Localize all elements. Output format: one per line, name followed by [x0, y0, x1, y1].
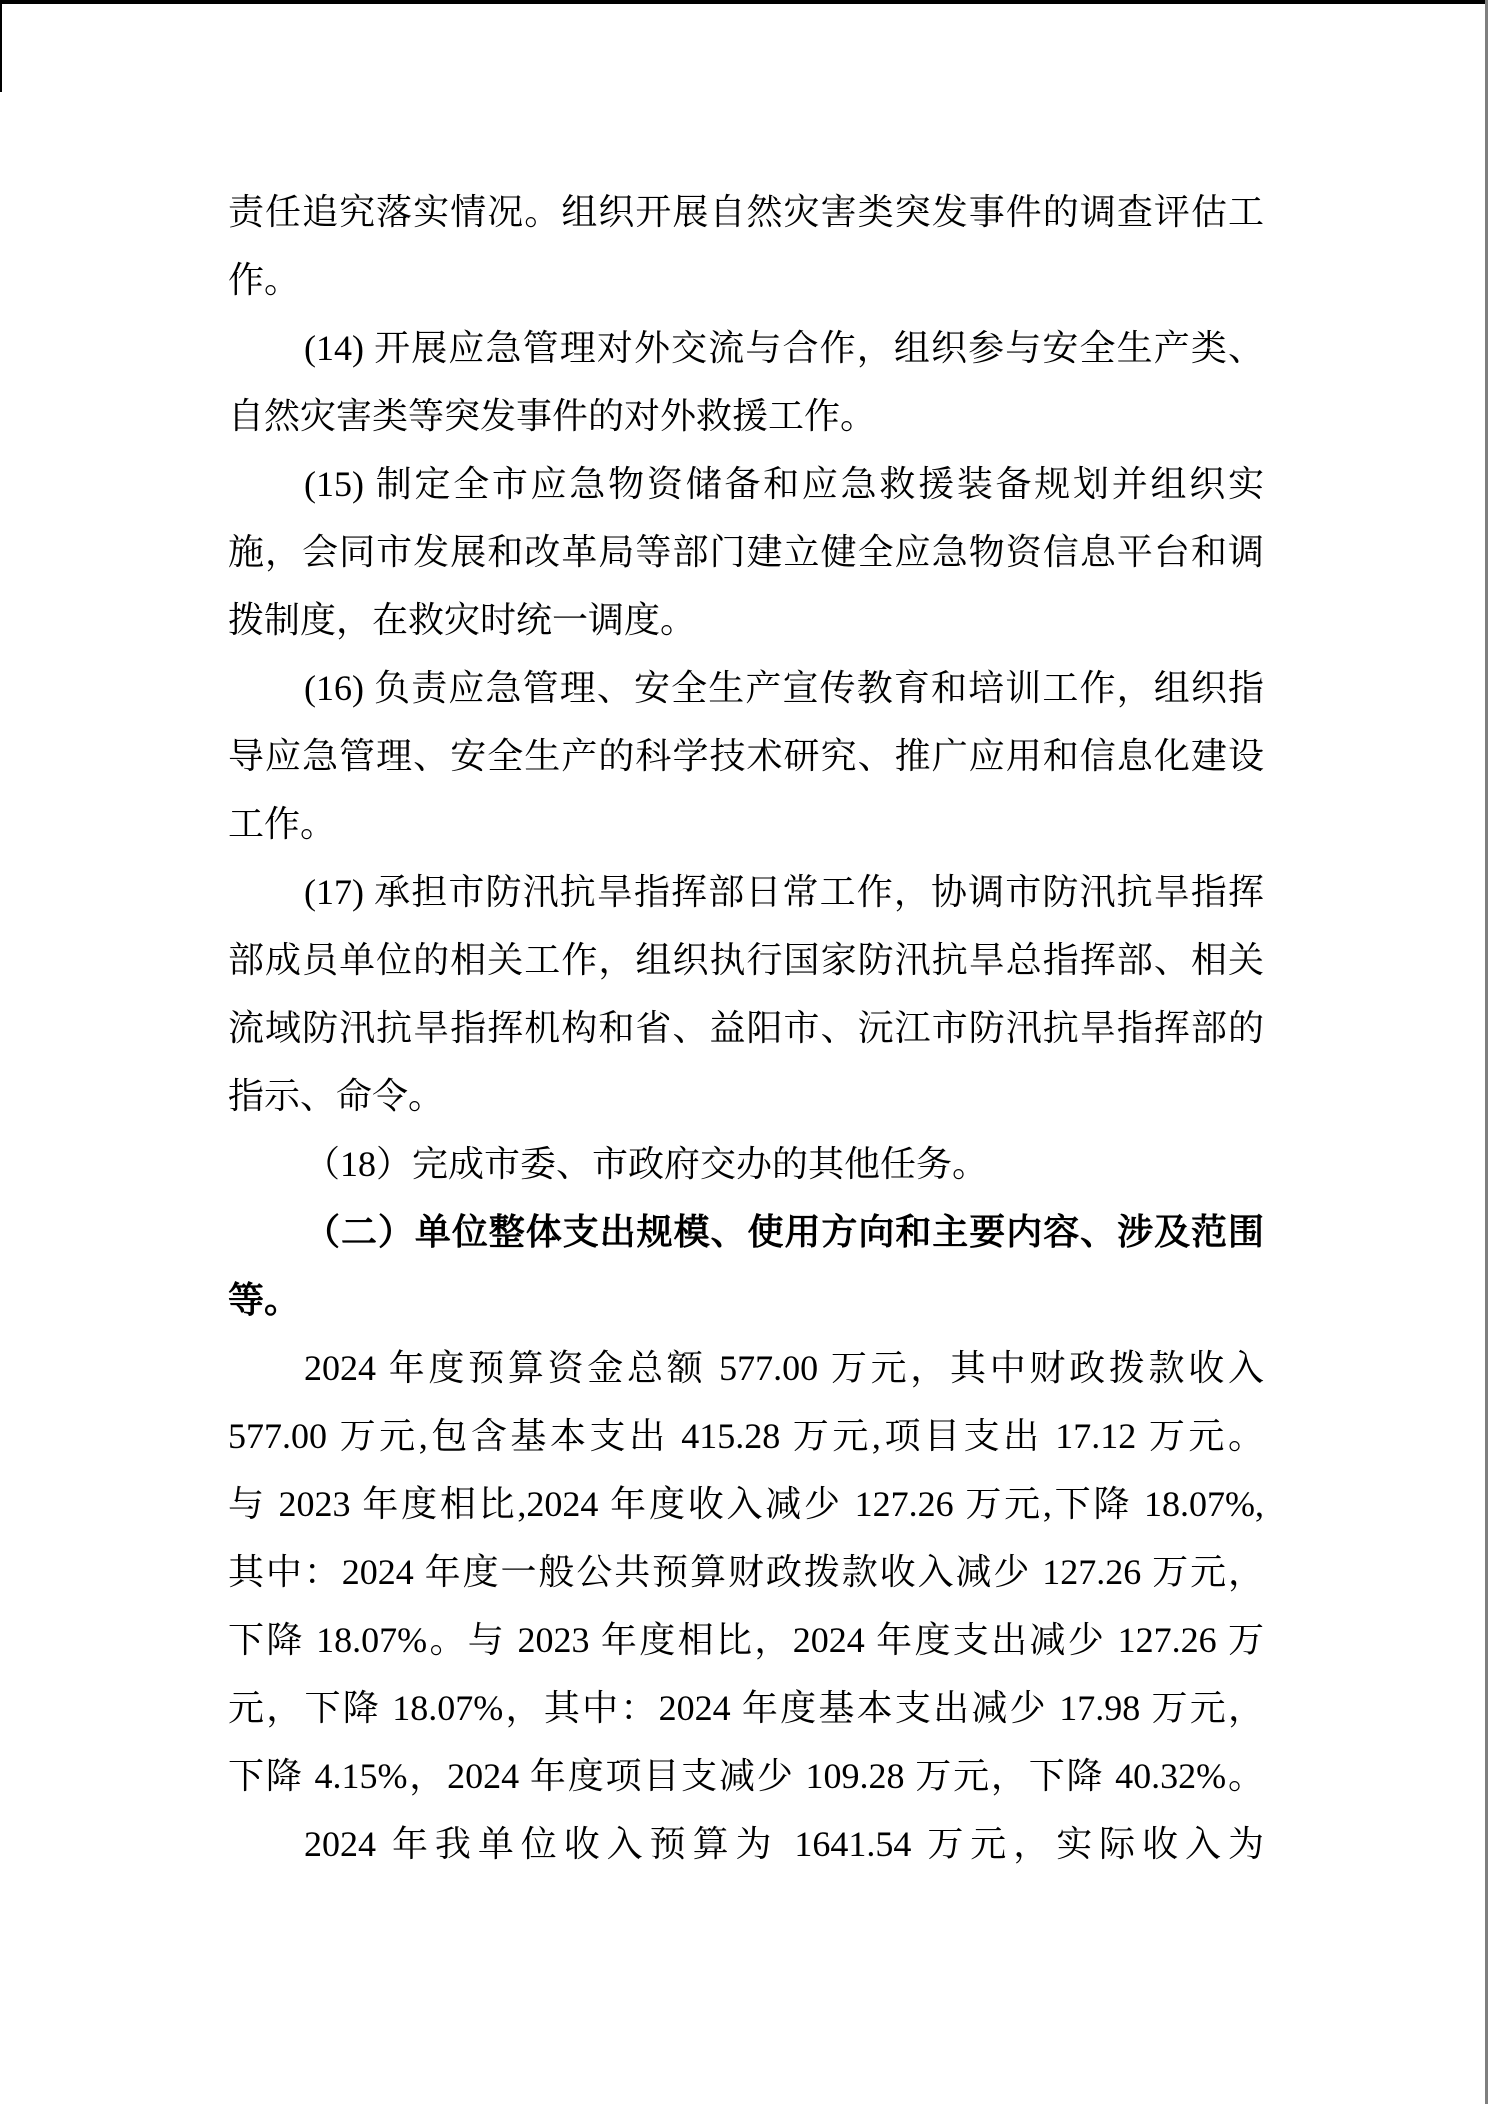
text-line: 施，会同市发展和改革局等部门建立健全应急物资信息平台和调: [228, 518, 1264, 586]
text-line: 责任追究落实情况。组织开展自然灾害类突发事件的调查评估工: [228, 178, 1264, 246]
text-line: (16) 负责应急管理、安全生产宣传教育和培训工作，组织指: [228, 654, 1264, 722]
text-line: 2024 年我单位收入预算为 1641.54 万元，实际收入为: [228, 1810, 1264, 1878]
text-line: 拨制度，在救灾时统一调度。: [228, 586, 1264, 654]
text-line: 下降 4.15%，2024 年度项目支减少 109.28 万元，下降 40.32…: [228, 1742, 1264, 1810]
text-line: 577.00 万元,包含基本支出 415.28 万元,项目支出 17.12 万元…: [228, 1402, 1264, 1470]
text-line: 2024 年度预算资金总额 577.00 万元，其中财政拨款收入: [228, 1334, 1264, 1402]
text-line: 元，下降 18.07%，其中：2024 年度基本支出减少 17.98 万元，: [228, 1674, 1264, 1742]
text-line: 自然灾害类等突发事件的对外救援工作。: [228, 382, 1264, 450]
text-line: 作。: [228, 246, 1264, 314]
document-body: 责任追究落实情况。组织开展自然灾害类突发事件的调查评估工作。(14) 开展应急管…: [228, 178, 1264, 1878]
section-heading-line: （二）单位整体支出规模、使用方向和主要内容、涉及范围: [228, 1198, 1264, 1266]
text-line: 其中：2024 年度一般公共预算财政拨款收入减少 127.26 万元，: [228, 1538, 1264, 1606]
text-line: 导应急管理、安全生产的科学技术研究、推广应用和信息化建设: [228, 722, 1264, 790]
section-heading-line: 等。: [228, 1266, 1264, 1334]
text-line: 下降 18.07%。与 2023 年度相比，2024 年度支出减少 127.26…: [228, 1606, 1264, 1674]
page-left-edge: [0, 0, 2, 92]
text-line: (14) 开展应急管理对外交流与合作，组织参与安全生产类、: [228, 314, 1264, 382]
text-line: 工作。: [228, 790, 1264, 858]
text-line: 与 2023 年度相比,2024 年度收入减少 127.26 万元,下降 18.…: [228, 1470, 1264, 1538]
text-line: 指示、命令。: [228, 1062, 1264, 1130]
page-top-edge: [0, 0, 1488, 4]
text-line: (17) 承担市防汛抗旱指挥部日常工作，协调市防汛抗旱指挥: [228, 858, 1264, 926]
document-page: 责任追究落实情况。组织开展自然灾害类突发事件的调查评估工作。(14) 开展应急管…: [0, 0, 1488, 2104]
text-line: 部成员单位的相关工作，组织执行国家防汛抗旱总指挥部、相关: [228, 926, 1264, 994]
text-line: （18）完成市委、市政府交办的其他任务。: [228, 1130, 1264, 1198]
text-line: 流域防汛抗旱指挥机构和省、益阳市、沅江市防汛抗旱指挥部的: [228, 994, 1264, 1062]
text-line: (15) 制定全市应急物资储备和应急救援装备规划并组织实: [228, 450, 1264, 518]
